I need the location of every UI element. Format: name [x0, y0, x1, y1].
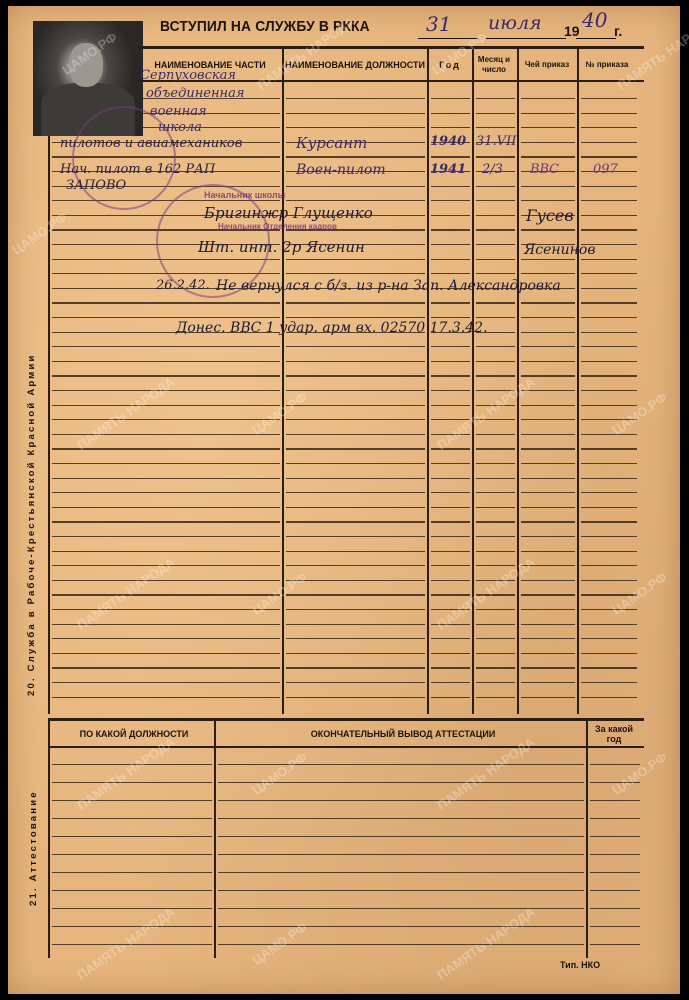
ruling-line	[52, 361, 280, 362]
personnel-head-signature: Шт. инт. 2р Ясенин	[198, 238, 365, 256]
ruling-line	[476, 346, 515, 347]
ruling-line	[476, 375, 515, 376]
row2-position: Воен-пилот	[296, 162, 386, 178]
ruling-line	[52, 478, 280, 479]
ruling-line	[581, 580, 637, 581]
ruling-line	[521, 127, 575, 128]
ruling-line	[431, 492, 470, 493]
ruling-line	[476, 653, 515, 654]
ruling-line	[521, 259, 575, 260]
ruling-line	[52, 594, 280, 595]
ruling-line	[521, 624, 575, 625]
ruling-line	[52, 854, 212, 855]
ruling-line	[581, 186, 637, 187]
row1-unit-line1: Серпуховская	[140, 68, 236, 83]
note1-date: 26.2.42.	[156, 278, 210, 293]
ruling-line	[590, 818, 640, 819]
ruling-line	[52, 926, 212, 927]
ruling-line	[521, 346, 575, 347]
ruling-line	[476, 215, 515, 216]
ruling-line	[581, 390, 637, 391]
row2-year: 1941	[430, 162, 466, 177]
col-divider-1	[282, 48, 284, 714]
ruling-line	[218, 764, 584, 765]
ruling-line	[286, 478, 425, 479]
ruling-line	[431, 697, 470, 698]
ruling-line	[590, 944, 640, 945]
enlist-day: 31	[426, 12, 451, 36]
ruling-line	[581, 98, 637, 99]
personnel-head-right-signature: Ясенинов	[524, 242, 595, 258]
col-divider-2	[427, 48, 429, 714]
service-record-page: ВСТУПИЛ НА СЛУЖБУ В РККА 31 июля 19 40 г…	[8, 6, 680, 994]
ruling-line	[52, 405, 280, 406]
ruling-line	[521, 361, 575, 362]
ruling-line	[286, 653, 425, 654]
ruling-line	[521, 156, 575, 157]
ruling-line	[581, 697, 637, 698]
ruling-line	[52, 818, 212, 819]
row1-position: Курсант	[296, 134, 367, 152]
row1-unit-line2: объединенная	[146, 86, 244, 101]
ruling-line	[521, 229, 575, 230]
ruling-line	[581, 273, 637, 274]
ruling-line	[521, 682, 575, 683]
ruling-line	[286, 156, 425, 157]
ruling-line	[476, 302, 515, 303]
ruling-line	[52, 536, 280, 537]
ruling-line	[521, 667, 575, 668]
ruling-line	[52, 908, 212, 909]
ruling-line	[521, 186, 575, 187]
ruling-line	[521, 463, 575, 464]
ruling-line	[581, 142, 637, 143]
ruling-line	[581, 624, 637, 625]
ruling-line	[286, 551, 425, 552]
ruling-line	[521, 302, 575, 303]
watermark-text: ПАМЯТЬ НАРОДА	[434, 374, 537, 453]
ruling-line	[521, 98, 575, 99]
ruling-line	[431, 200, 470, 201]
ruling-line	[52, 890, 212, 891]
ruling-line	[431, 478, 470, 479]
school-head-label: Начальник школы	[204, 190, 285, 200]
enlist-year-label: г.	[614, 23, 622, 39]
ruling-line	[590, 836, 640, 837]
ruling-line	[286, 375, 425, 376]
ruling-line	[521, 609, 575, 610]
row1-unit-line5: пилотов и авиамехаников	[60, 136, 242, 151]
ruling-line	[581, 536, 637, 537]
att-left-border	[48, 718, 50, 958]
watermark-text: ЦАМО.РФ	[9, 209, 69, 257]
ruling-line	[581, 521, 637, 522]
ruling-line	[431, 551, 470, 552]
ruling-line	[286, 507, 425, 508]
ruling-line	[590, 764, 640, 765]
watermark-text: ЦАМО.РФ	[249, 749, 309, 797]
ruling-line	[286, 361, 425, 362]
ruling-line	[218, 800, 584, 801]
ruling-line	[521, 142, 575, 143]
ruling-line	[476, 127, 515, 128]
ruling-line	[286, 624, 425, 625]
ruling-line	[476, 536, 515, 537]
ruling-line	[476, 259, 515, 260]
ruling-line	[476, 682, 515, 683]
ruling-line	[476, 244, 515, 245]
personnel-head-label: Начальник Отделения кадров	[218, 222, 337, 231]
note1-text: Не вернулся с б/з. из р-на Зап. Александ…	[216, 278, 561, 294]
school-head-signature: Бригинжр Глущенко	[204, 204, 373, 222]
ruling-line	[521, 594, 575, 595]
ruling-line	[218, 818, 584, 819]
ruling-line	[521, 448, 575, 449]
ruling-line	[218, 872, 584, 873]
ruling-line	[476, 448, 515, 449]
ruling-line	[431, 244, 470, 245]
ruling-line	[286, 448, 425, 449]
ruling-line	[52, 317, 280, 318]
ruling-line	[521, 638, 575, 639]
ruling-line	[431, 638, 470, 639]
att-col-header-year: За какой год	[588, 723, 640, 745]
ruling-line	[476, 434, 515, 435]
ruling-line	[286, 667, 425, 668]
ruling-line	[476, 463, 515, 464]
ruling-line	[52, 836, 212, 837]
ruling-line	[521, 200, 575, 201]
ruling-line	[286, 682, 425, 683]
ruling-line	[286, 200, 425, 201]
att-col-header-position: ПО КАКОЙ ДОЛЖНОСТИ	[54, 723, 214, 745]
ruling-line	[431, 536, 470, 537]
att-col-divider-1	[214, 718, 216, 958]
ruling-line	[52, 638, 280, 639]
ruling-line	[581, 332, 637, 333]
ruling-line	[431, 317, 470, 318]
ruling-line	[581, 405, 637, 406]
ruling-line	[286, 638, 425, 639]
ruling-line	[431, 580, 470, 581]
watermark-text: ЦАМО.РФ	[609, 389, 669, 437]
ruling-line	[521, 332, 575, 333]
ruling-line	[52, 667, 280, 668]
ruling-line	[286, 609, 425, 610]
ruling-line	[590, 926, 640, 927]
ruling-line	[52, 697, 280, 698]
ruling-line	[218, 836, 584, 837]
service-table-top-rule	[138, 46, 644, 49]
ruling-line	[581, 492, 637, 493]
enlist-year-prefix: 19	[564, 23, 580, 39]
ruling-line	[521, 113, 575, 114]
ruling-line	[581, 259, 637, 260]
ruling-line	[218, 890, 584, 891]
ruling-line	[476, 667, 515, 668]
section-20-label: 20. Служба в Рабоче-Крестьянской Красной…	[26, 353, 37, 696]
ruling-line	[581, 375, 637, 376]
ruling-line	[286, 594, 425, 595]
ruling-line	[286, 492, 425, 493]
ruling-line	[476, 624, 515, 625]
ruling-line	[581, 463, 637, 464]
ruling-line	[52, 653, 280, 654]
ruling-line	[581, 653, 637, 654]
ruling-line	[286, 536, 425, 537]
ruling-line	[431, 186, 470, 187]
row1-unit-line3: военная	[150, 104, 207, 119]
ruling-line	[52, 521, 280, 522]
ruling-line	[431, 346, 470, 347]
ruling-line	[590, 800, 640, 801]
ruling-line	[286, 565, 425, 566]
watermark-text: ПАМЯТЬ НАРОДА	[74, 374, 177, 453]
ruling-line	[431, 375, 470, 376]
watermark-text: ЦАМО.РФ	[249, 389, 309, 437]
ruling-line	[431, 98, 470, 99]
ruling-line	[52, 609, 280, 610]
school-head-right-signature: Гусев	[526, 206, 574, 225]
ruling-line	[476, 565, 515, 566]
ruling-line	[286, 405, 425, 406]
date-month-underline	[486, 38, 566, 39]
ruling-line	[581, 302, 637, 303]
ruling-line	[590, 908, 640, 909]
ruling-line	[52, 419, 280, 420]
ruling-line	[286, 259, 425, 260]
ruling-line	[431, 507, 470, 508]
row1-month-day: 31.VII	[476, 134, 516, 149]
ruling-line	[476, 492, 515, 493]
ruling-line	[286, 98, 425, 99]
attestation-header-rule	[48, 746, 644, 748]
ruling-line	[476, 200, 515, 201]
ruling-line	[431, 653, 470, 654]
ruling-line	[476, 551, 515, 552]
ruling-line	[476, 273, 515, 274]
ruling-line	[52, 682, 280, 683]
row2-order-by: ВВС	[530, 162, 559, 177]
ruling-line	[286, 186, 425, 187]
ruling-line	[581, 288, 637, 289]
ruling-line	[431, 405, 470, 406]
ruling-line	[581, 229, 637, 230]
ruling-line	[476, 156, 515, 157]
ruling-line	[521, 273, 575, 274]
col-divider-3	[472, 48, 474, 714]
ruling-line	[431, 463, 470, 464]
ruling-line	[52, 492, 280, 493]
ruling-line	[581, 507, 637, 508]
ruling-line	[52, 580, 280, 581]
ruling-line	[476, 113, 515, 114]
ruling-line	[476, 609, 515, 610]
ruling-line	[476, 229, 515, 230]
ruling-line	[286, 346, 425, 347]
ruling-line	[431, 302, 470, 303]
ruling-line	[521, 405, 575, 406]
ruling-line	[581, 156, 637, 157]
ruling-line	[431, 229, 470, 230]
ruling-line	[521, 521, 575, 522]
ruling-line	[476, 317, 515, 318]
enlist-month: июля	[488, 12, 542, 34]
ruling-line	[286, 317, 425, 318]
ruling-line	[581, 317, 637, 318]
ruling-line	[431, 127, 470, 128]
ruling-line	[218, 926, 584, 927]
ruling-line	[431, 594, 470, 595]
ruling-line	[521, 697, 575, 698]
ruling-line	[286, 463, 425, 464]
ruling-line	[52, 872, 212, 873]
ruling-line	[431, 667, 470, 668]
ruling-line	[431, 361, 470, 362]
ruling-line	[476, 361, 515, 362]
ruling-line	[52, 302, 280, 303]
ruling-line	[521, 580, 575, 581]
ruling-line	[431, 215, 470, 216]
date-year-underline	[576, 38, 616, 39]
ruling-line	[521, 653, 575, 654]
ruling-line	[521, 317, 575, 318]
ruling-line	[581, 478, 637, 479]
row2-month-day: 2/3	[482, 162, 503, 177]
attestation-top-rule	[48, 718, 644, 721]
ruling-line	[286, 434, 425, 435]
ruling-line	[431, 113, 470, 114]
ruling-line	[218, 854, 584, 855]
ruling-line	[286, 419, 425, 420]
ruling-line	[431, 273, 470, 274]
ruling-line	[590, 872, 640, 873]
ruling-line	[521, 434, 575, 435]
ruling-line	[286, 697, 425, 698]
ruling-line	[590, 854, 640, 855]
ruling-line	[521, 419, 575, 420]
att-col-divider-2	[586, 718, 588, 958]
ruling-line	[521, 507, 575, 508]
ruling-line	[431, 448, 470, 449]
ruling-line	[431, 565, 470, 566]
row1-unit-line4: школа	[158, 120, 202, 135]
ruling-line	[431, 521, 470, 522]
ruling-line	[581, 113, 637, 114]
ruling-line	[431, 259, 470, 260]
ruling-line	[286, 273, 425, 274]
ruling-line	[476, 186, 515, 187]
row2-unit-line2: ЗАПОВО	[66, 178, 126, 193]
ruling-line	[581, 434, 637, 435]
ruling-line	[581, 346, 637, 347]
ruling-line	[581, 638, 637, 639]
row2-unit-line1: Нач. пилот в 162 РАП	[60, 162, 215, 177]
ruling-line	[476, 521, 515, 522]
ruling-line	[286, 521, 425, 522]
ruling-line	[581, 215, 637, 216]
row2-order-no: 097	[593, 162, 618, 177]
ruling-line	[581, 565, 637, 566]
col-divider-5	[577, 48, 579, 714]
ruling-line	[52, 507, 280, 508]
ruling-line	[52, 551, 280, 552]
ruling-line	[476, 478, 515, 479]
ruling-line	[521, 478, 575, 479]
ruling-line	[521, 536, 575, 537]
note2-text: Донес. ВВС 1 удар. арм вх. 02570 17.3.42…	[176, 320, 488, 336]
ruling-line	[431, 682, 470, 683]
ruling-line	[581, 667, 637, 668]
ruling-line	[590, 890, 640, 891]
ruling-line	[286, 302, 425, 303]
ruling-line	[581, 682, 637, 683]
ruling-line	[581, 448, 637, 449]
ruling-line	[476, 98, 515, 99]
ruling-line	[431, 156, 470, 157]
ruling-line	[521, 551, 575, 552]
ruling-line	[52, 346, 280, 347]
ruling-line	[286, 113, 425, 114]
ruling-line	[286, 127, 425, 128]
ruling-line	[581, 551, 637, 552]
ruling-line	[581, 200, 637, 201]
ruling-line	[476, 507, 515, 508]
ruling-line	[476, 638, 515, 639]
printer-mark: Тип. НКО	[560, 960, 600, 970]
watermark-text: ЦАМО.РФ	[609, 749, 669, 797]
ruling-line	[521, 492, 575, 493]
col-header-month-day: Месяц и число	[472, 50, 516, 80]
ruling-line	[581, 127, 637, 128]
enlist-year-suffix: 40	[582, 8, 607, 32]
section-21-label: 21. Аттестование	[28, 790, 39, 906]
ruling-line	[431, 390, 470, 391]
ruling-line	[476, 697, 515, 698]
ruling-line	[581, 361, 637, 362]
row1-year: 1940	[430, 134, 466, 149]
ruling-line	[52, 463, 280, 464]
col-header-order-by: Чей приказ	[517, 50, 577, 80]
ruling-line	[286, 390, 425, 391]
ruling-line	[52, 782, 212, 783]
